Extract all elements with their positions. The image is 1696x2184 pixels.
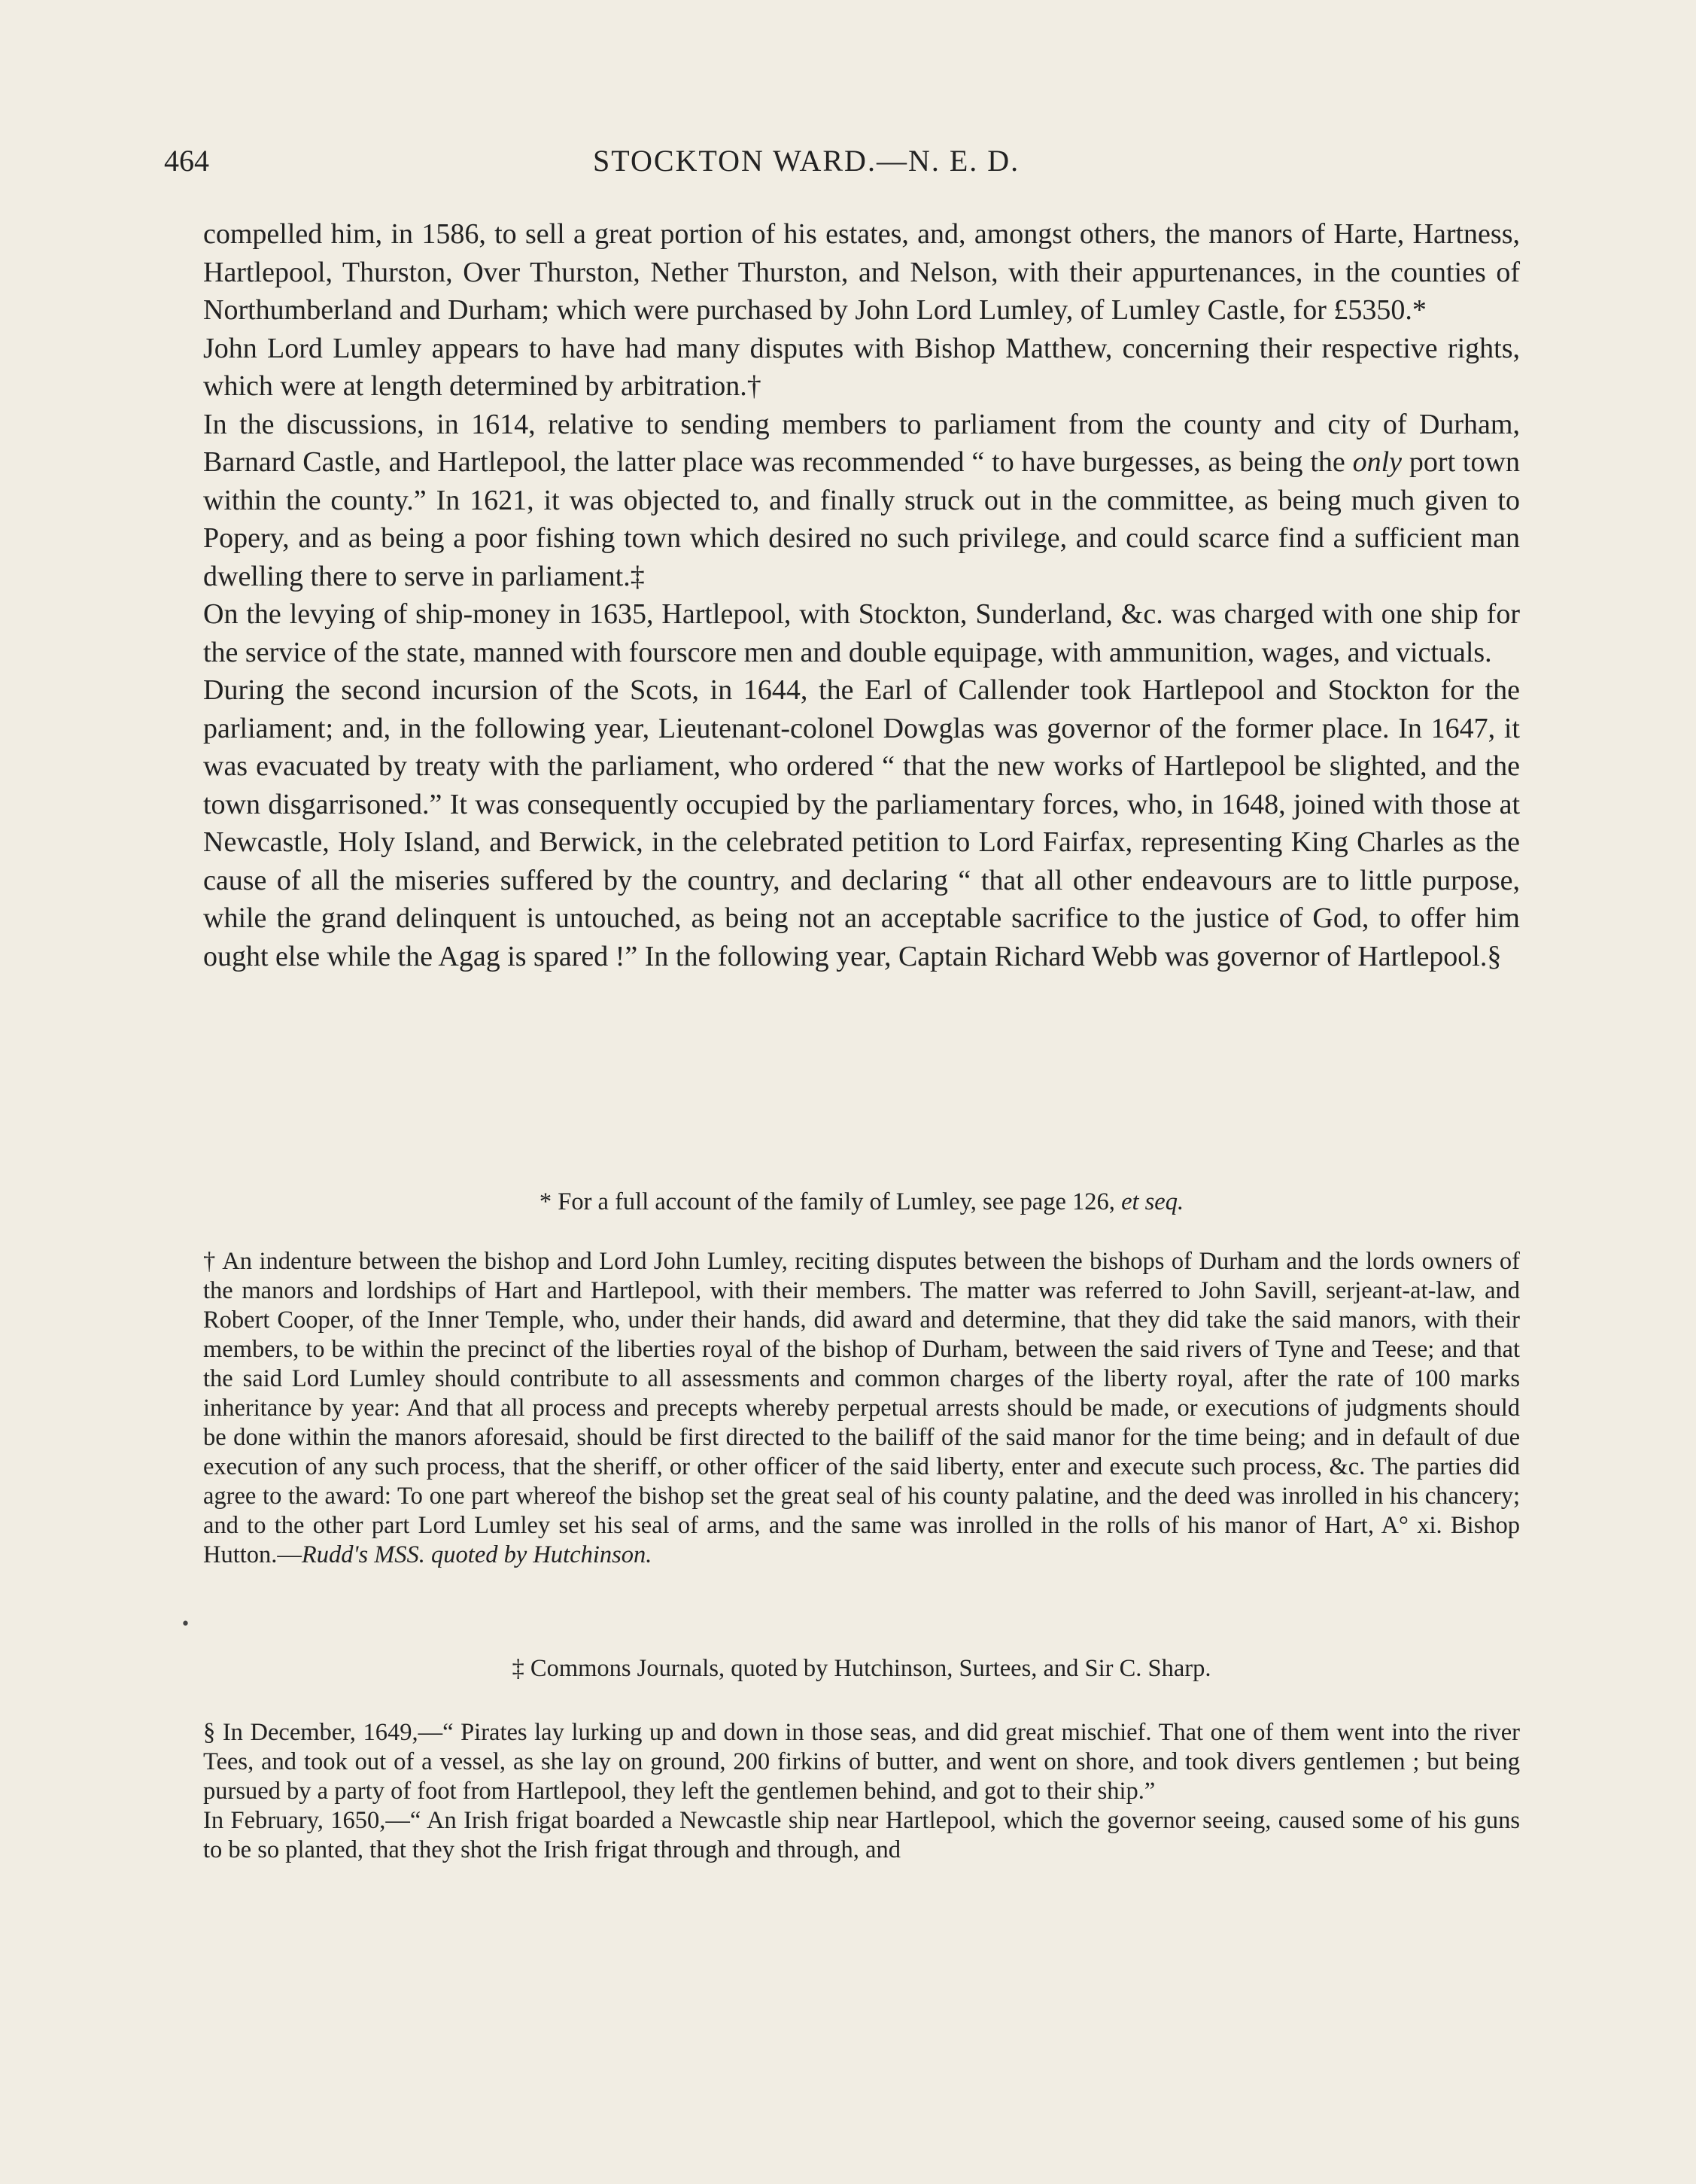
footnote-section-paragraph-2: In February, 1650,—“ An Irish frigat boa… (203, 1806, 1520, 1865)
running-title: STOCKTON WARD.—N. E. D. (593, 143, 1270, 178)
footnote-star: * For a full account of the family of Lu… (203, 1188, 1520, 1217)
paragraph-3-italic: only (1353, 446, 1402, 478)
footnote-star-italic: et seq. (1121, 1188, 1184, 1215)
footnote-dagger: † An indenture between the bishop and Lo… (203, 1247, 1520, 1570)
margin-mark: • (181, 1615, 190, 1634)
footnote-dagger-italic: Rudd's MSS. quoted by Hutchinson. (302, 1541, 652, 1568)
page-number: 464 (164, 143, 209, 178)
book-page: 464 STOCKTON WARD.—N. E. D. compelled hi… (0, 0, 1696, 2184)
main-text: compelled him, in 1586, to sell a great … (203, 215, 1520, 975)
paragraph-1: compelled him, in 1586, to sell a great … (203, 215, 1520, 330)
footnote-section: § In December, 1649,—“ Pirates lay lurki… (203, 1718, 1520, 1865)
paragraph-3-text-a: In the discussions, in 1614, relative to… (203, 409, 1520, 479)
paragraph-5: During the second incursion of the Scots… (203, 671, 1520, 975)
footnote-star-text: * For a full account of the family of Lu… (539, 1188, 1121, 1215)
paragraph-3: In the discussions, in 1614, relative to… (203, 406, 1520, 596)
footnote-double-dagger: ‡ Commons Journals, quoted by Hutchinson… (203, 1654, 1520, 1684)
paragraph-2: John Lord Lumley appears to have had man… (203, 330, 1520, 406)
footnote-section-paragraph-1: § In December, 1649,—“ Pirates lay lurki… (203, 1718, 1520, 1806)
paragraph-2-text: John Lord Lumley appears to have had man… (203, 333, 1520, 403)
page-header: 464 STOCKTON WARD.—N. E. D. (164, 143, 1518, 188)
paragraph-4: On the levying of ship-money in 1635, Ha… (203, 595, 1520, 671)
footnote-dagger-text: † An indenture between the bishop and Lo… (203, 1248, 1520, 1568)
